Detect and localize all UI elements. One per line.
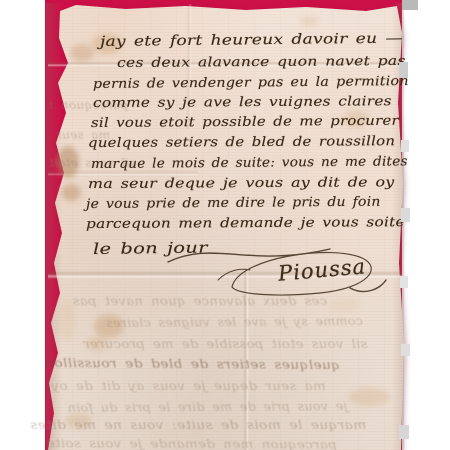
showthrough-line: ces deux alavance quon navet pas xyxy=(72,294,327,308)
showthrough-line: ma seur deque je vous ay dit de oy xyxy=(51,379,325,393)
showthrough-line: marque le mois de suite: vous ne me dite… xyxy=(30,418,366,432)
showthrough-line: parcequon men demande je vous soite xyxy=(46,436,336,450)
handwriting-line: ma seur deque je vous ay dit de oy xyxy=(88,175,395,192)
handwriting-line: le bon jour xyxy=(93,238,208,258)
showthrough-line: comme sy je ave les vuignes claires xyxy=(106,314,363,330)
handwriting-line: ces deux alavance quon navet pas xyxy=(117,54,406,71)
showthrough-line: je vous prie de me dire le pris du foin xyxy=(67,399,347,415)
showthrough-line: quelques setiers de bled de roussillon xyxy=(45,356,340,372)
showthrough-line: sil vous etoit possible de me procurer xyxy=(83,337,367,351)
letter-photo[interactable]: parcequon men demande je vous soite ma s… xyxy=(0,0,450,450)
handwriting-line: marque le mois de suite: vous ne me dite… xyxy=(91,154,408,172)
handwriting-line: sil vous etoit possible de me procurer xyxy=(91,114,399,131)
handwriting-line: comme sy je ave les vuignes claires xyxy=(93,94,392,111)
handwriting-line: quelques setiers de bled de roussillon xyxy=(88,134,395,151)
handwriting-line: pernis de vendenger pas eu la permition xyxy=(93,74,409,92)
handwriting-line: je vous prie de me dire le pris du foin xyxy=(86,195,381,212)
handwriting-line: parcequon men demande je vous soite xyxy=(86,215,405,232)
